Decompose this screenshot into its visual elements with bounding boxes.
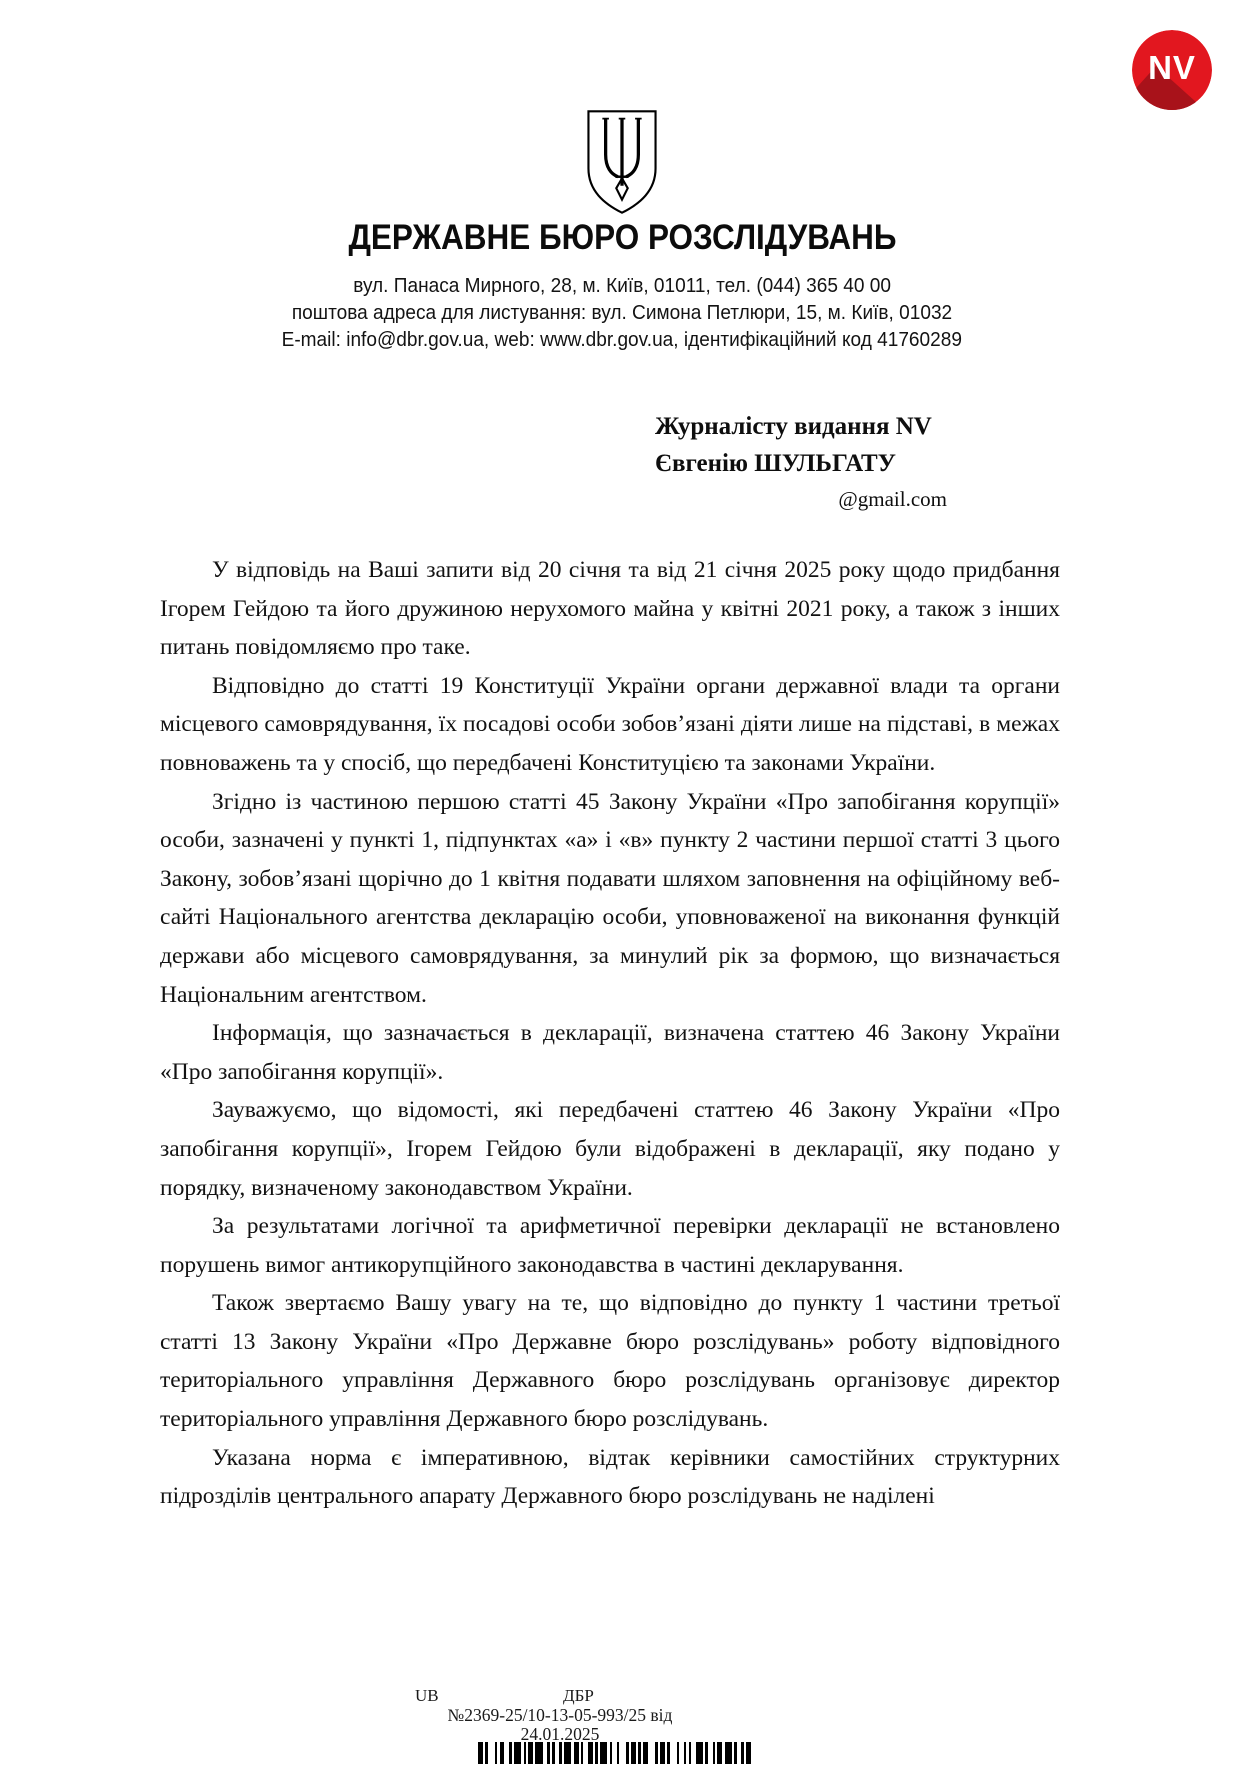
footer-mark-ub: UB bbox=[415, 1686, 439, 1706]
ukraine-trident-emblem-icon bbox=[574, 108, 670, 216]
barcode-bar bbox=[696, 1742, 703, 1764]
recipient-email: @gmail.com bbox=[655, 482, 977, 516]
body-paragraph: Згідно із частиною першою статті 45 Зако… bbox=[160, 783, 1060, 1015]
recipient-block: Журналісту видання NV Євгенію ШУЛЬГАТУ @… bbox=[655, 408, 977, 516]
body-paragraph: У відповідь на Ваші запити від 20 січня … bbox=[160, 551, 1060, 667]
barcode-space bbox=[619, 1742, 626, 1764]
recipient-name: Євгенію ШУЛЬГАТУ bbox=[655, 445, 977, 482]
body-paragraph: За результатами логічної та арифметичної… bbox=[160, 1207, 1060, 1284]
barcode-bar bbox=[725, 1742, 732, 1764]
org-address-line-2: поштова адреса для листування: вул. Симо… bbox=[0, 301, 1244, 325]
recipient-role: Журналісту видання NV bbox=[655, 408, 977, 445]
body-paragraph: Також звертаємо Вашу увагу на те, що від… bbox=[160, 1284, 1060, 1438]
org-address-line-3: E-mail: info@dbr.gov.ua, web: www.dbr.go… bbox=[0, 328, 1244, 352]
body-paragraph: Зауважуємо, що відомості, які передбачен… bbox=[160, 1091, 1060, 1207]
barcode bbox=[478, 1742, 751, 1764]
body-text: У відповідь на Ваші запити від 20 січня … bbox=[160, 551, 1060, 1516]
barcode-bar bbox=[535, 1742, 542, 1764]
barcode-bar bbox=[600, 1742, 607, 1764]
body-paragraph: Інформація, що зазначається в декларації… bbox=[160, 1014, 1060, 1091]
barcode-bar bbox=[746, 1742, 751, 1764]
body-paragraph: Відповідно до статті 19 Конституції Укра… bbox=[160, 667, 1060, 783]
barcode-space bbox=[488, 1742, 495, 1764]
barcode-space bbox=[648, 1742, 655, 1764]
barcode-space bbox=[670, 1742, 677, 1764]
body-paragraph: Указана норма є імперативною, відтак кер… bbox=[160, 1439, 1060, 1516]
org-address-line-1: вул. Панаса Мирного, 28, м. Київ, 01011,… bbox=[0, 274, 1244, 298]
barcode-bar bbox=[564, 1742, 571, 1764]
org-name-title: ДЕРЖАВНЕ БЮРО РОЗСЛІДУВАНЬ bbox=[0, 218, 1244, 258]
footer-mark-dbr: ДБР bbox=[563, 1686, 594, 1706]
barcode-bar bbox=[514, 1742, 521, 1764]
nv-logo-text: NV bbox=[1132, 30, 1212, 110]
nv-logo: NV bbox=[1132, 30, 1212, 110]
letter-page: NV ДЕРЖАВНЕ БЮРО РОЗСЛІДУВАНЬ вул. Панас… bbox=[0, 0, 1244, 1765]
registration-number: №2369-25/10-13-05-993/25 від bbox=[380, 1705, 740, 1726]
